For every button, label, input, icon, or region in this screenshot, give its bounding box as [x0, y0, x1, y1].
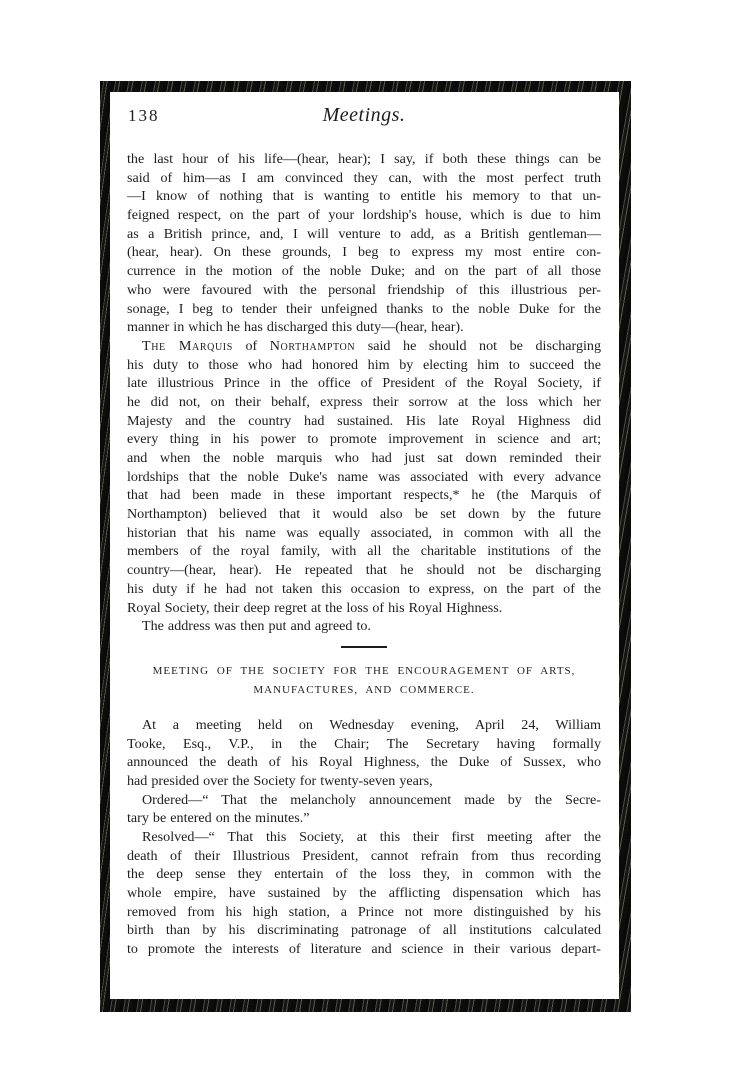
section-heading: MEETING OF THE SOCIETY FOR THE ENCOURAGE…	[127, 662, 601, 700]
paragraph: the last hour of his life—(hear, hear); …	[127, 150, 601, 337]
running-title: Meetings.	[127, 104, 601, 127]
text-line: the last hour of his life—(hear, hear); …	[127, 150, 601, 169]
text-line: that had been made in these important re…	[127, 486, 601, 505]
text-line: Ordered—“ That the melancholy announceme…	[127, 791, 601, 810]
heading-line: MANUFACTURES, AND COMMERCE.	[127, 681, 601, 700]
text-line: late illustrious Prince in the office of…	[127, 374, 601, 393]
text-line: sonage, I beg to tender their unfeigned …	[127, 300, 601, 319]
text-line: his duty to those who had honored him by…	[127, 356, 601, 375]
text-line: announced the death of his Royal Highnes…	[127, 753, 601, 772]
text-segment: of	[233, 338, 270, 354]
text-line: Royal Society, their deep regret at the …	[127, 599, 601, 618]
heading-line: MEETING OF THE SOCIETY FOR THE ENCOURAGE…	[127, 662, 601, 681]
text-line: At a meeting held on Wednesday evening, …	[127, 716, 601, 735]
smallcaps-name: Northampton	[270, 338, 355, 354]
text-line: feigned respect, on the part of your lor…	[127, 206, 601, 225]
text-line: and when the noble marquis who had just …	[127, 449, 601, 468]
text-line: Northampton) believed that it would also…	[127, 505, 601, 524]
text-line: manner in which he has discharged this d…	[127, 318, 601, 337]
text-line: every thing in his power to promote impr…	[127, 430, 601, 449]
text-line: currence in the motion of the noble Duke…	[127, 262, 601, 281]
text-line: birth than by his discriminating patrona…	[127, 921, 601, 940]
section-divider	[341, 646, 387, 648]
text-line: Resolved—“ That this Society, at this th…	[127, 828, 601, 847]
scanned-page: { "page": { "number": "138", "running_ti…	[0, 0, 732, 1090]
text-line: tary be entered on the minutes.”	[127, 809, 601, 828]
smallcaps-name: The Marquis	[142, 338, 233, 354]
page-body: the last hour of his life—(hear, hear); …	[127, 150, 601, 959]
paragraph: The Marquis of Northampton said he shoul…	[127, 337, 601, 617]
text-line: the deep sense they entertain of the los…	[127, 865, 601, 884]
text-line: The address was then put and agreed to.	[127, 617, 601, 636]
text-line: members of the royal family, with all th…	[127, 542, 601, 561]
text-line: as a British prince, and, I will venture…	[127, 225, 601, 244]
paragraph: At a meeting held on Wednesday evening, …	[127, 716, 601, 791]
page-frame: 138 Meetings. the last hour of his life—…	[100, 81, 631, 1012]
text-line: his duty if he had not taken this occasi…	[127, 580, 601, 599]
text-line: (hear, hear). On these grounds, I beg to…	[127, 243, 601, 262]
text-line: death of their Illustrious President, ca…	[127, 847, 601, 866]
paragraph: Ordered—“ That the melancholy announceme…	[127, 791, 601, 828]
text-line: The Marquis of Northampton said he shoul…	[127, 337, 601, 356]
text-line: Tooke, Esq., V.P., in the Chair; The Sec…	[127, 735, 601, 754]
text-line: he did not, on their behalf, express the…	[127, 393, 601, 412]
text-line: whole empire, have sustained by the affl…	[127, 884, 601, 903]
page-header: 138 Meetings.	[127, 104, 601, 128]
text-line: —I know of nothing that is wanting to en…	[127, 187, 601, 206]
text-line: said of him—as I am convinced they can, …	[127, 169, 601, 188]
text-line: lordships that the noble Duke's name was…	[127, 468, 601, 487]
page-number: 138	[128, 106, 160, 126]
paragraph: Resolved—“ That this Society, at this th…	[127, 828, 601, 959]
text-line: country—(hear, hear). He repeated that h…	[127, 561, 601, 580]
text-line: to promote the interests of literature a…	[127, 940, 601, 959]
text-line: historian that his name was equally asso…	[127, 524, 601, 543]
text-line: removed from his high station, a Prince …	[127, 903, 601, 922]
text-segment: said he should not be discharging	[355, 338, 601, 354]
paragraph: The address was then put and agreed to.	[127, 617, 601, 636]
text-line: who were favoured with the personal frie…	[127, 281, 601, 300]
text-line: had presided over the Society for twenty…	[127, 772, 601, 791]
text-line: Majesty and the country had sustained. H…	[127, 412, 601, 431]
